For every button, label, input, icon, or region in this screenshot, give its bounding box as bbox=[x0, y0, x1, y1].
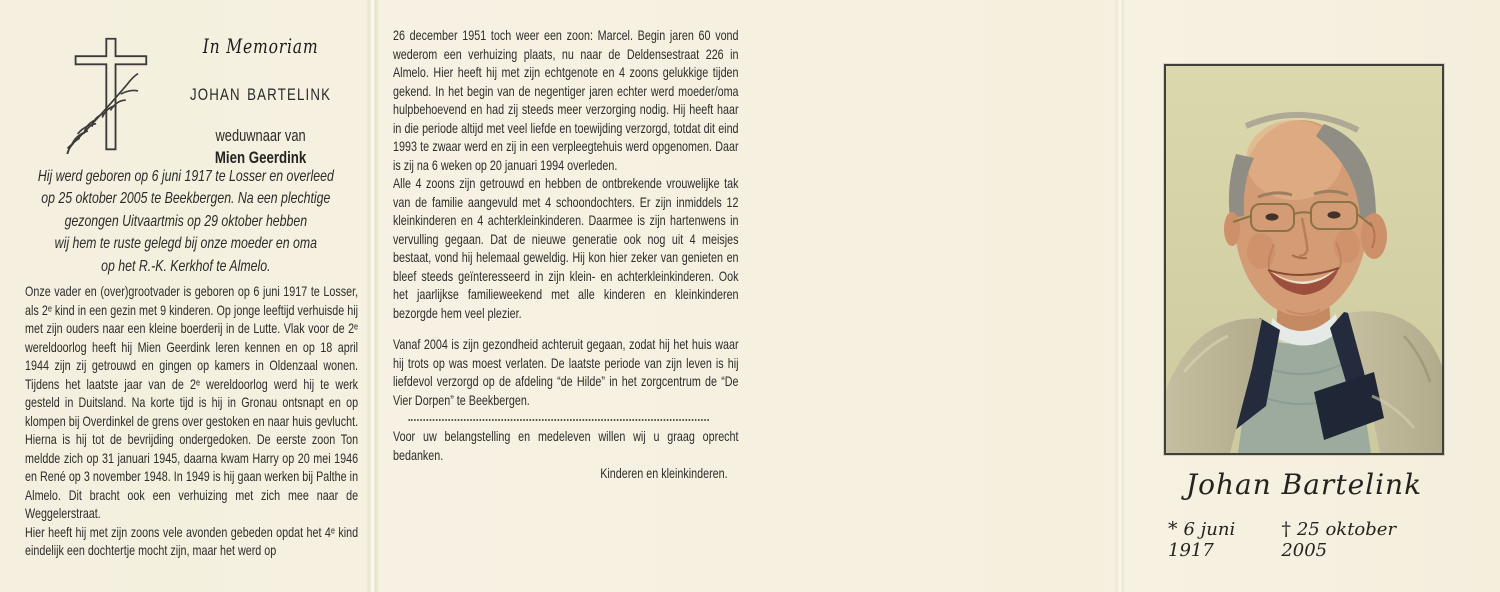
life-story-paragraph: Hier heeft hij met zijn zoons vele avond… bbox=[25, 524, 358, 561]
in-memoriam-heading: In Memoriam bbox=[158, 34, 363, 58]
relation-line: weduwnaar van bbox=[158, 127, 363, 146]
life-dates: *6 juni 1917 †25 oktober 2005 bbox=[1168, 518, 1440, 561]
intro-line: wij hem te ruste gelegd bij onze moeder … bbox=[8, 233, 364, 255]
birth-date: *6 juni 1917 bbox=[1168, 518, 1281, 561]
memorial-card: In Memoriam Johan Bartelink weduwnaar va… bbox=[0, 0, 1500, 592]
panel-middle: 26 december 1951 toch weer een zoon: Mar… bbox=[372, 0, 1116, 592]
died-date-text: 25 oktober 2005 bbox=[1281, 519, 1396, 561]
title-block: In Memoriam Johan Bartelink weduwnaar va… bbox=[158, 34, 363, 168]
panel-left: In Memoriam Johan Bartelink weduwnaar va… bbox=[0, 0, 372, 592]
death-date: †25 oktober 2005 bbox=[1281, 518, 1440, 561]
thanks-note: Voor uw belangstelling en medeleven will… bbox=[393, 428, 739, 465]
intro-line: Hij werd geboren op 6 juni 1917 te Losse… bbox=[8, 166, 364, 188]
intro-line: op het R.-K. Kerkhof te Almelo. bbox=[8, 256, 364, 278]
life-story-paragraph: Onze vader en (over)grootvader is gebore… bbox=[25, 283, 358, 524]
life-story-left: Onze vader en (over)grootvader is gebore… bbox=[25, 283, 358, 561]
panel-front: Johan Bartelink *6 juni 1917 †25 oktober… bbox=[1118, 0, 1500, 592]
life-story-paragraph: 26 december 1951 toch weer een zoon: Mar… bbox=[393, 27, 739, 175]
dotted-divider bbox=[409, 419, 709, 421]
signature-line: Kinderen en kleinkinderen. bbox=[393, 465, 739, 484]
life-story-paragraph: Vanaf 2004 is zijn gezondheid achteruit … bbox=[393, 336, 739, 410]
intro-line: gezongen Uitvaartmis op 29 oktober hebbe… bbox=[8, 211, 364, 233]
born-star-symbol: * bbox=[1168, 518, 1184, 540]
life-story-middle: 26 december 1951 toch weer een zoon: Mar… bbox=[393, 27, 739, 484]
portrait-photo bbox=[1164, 64, 1444, 455]
intro-verse: Hij werd geboren op 6 juni 1917 te Losse… bbox=[8, 166, 364, 278]
deceased-name-heading: Johan Bartelink bbox=[158, 79, 363, 107]
died-cross-symbol: † bbox=[1281, 518, 1297, 540]
intro-line: op 25 oktober 2005 te Beekbergen. Na een… bbox=[8, 188, 364, 210]
front-name: Johan Bartelink bbox=[1124, 468, 1484, 501]
life-story-paragraph: Alle 4 zoons zijn getrouwd en hebben de … bbox=[393, 175, 739, 323]
spouse-name: Mien Geerdink bbox=[158, 148, 363, 168]
